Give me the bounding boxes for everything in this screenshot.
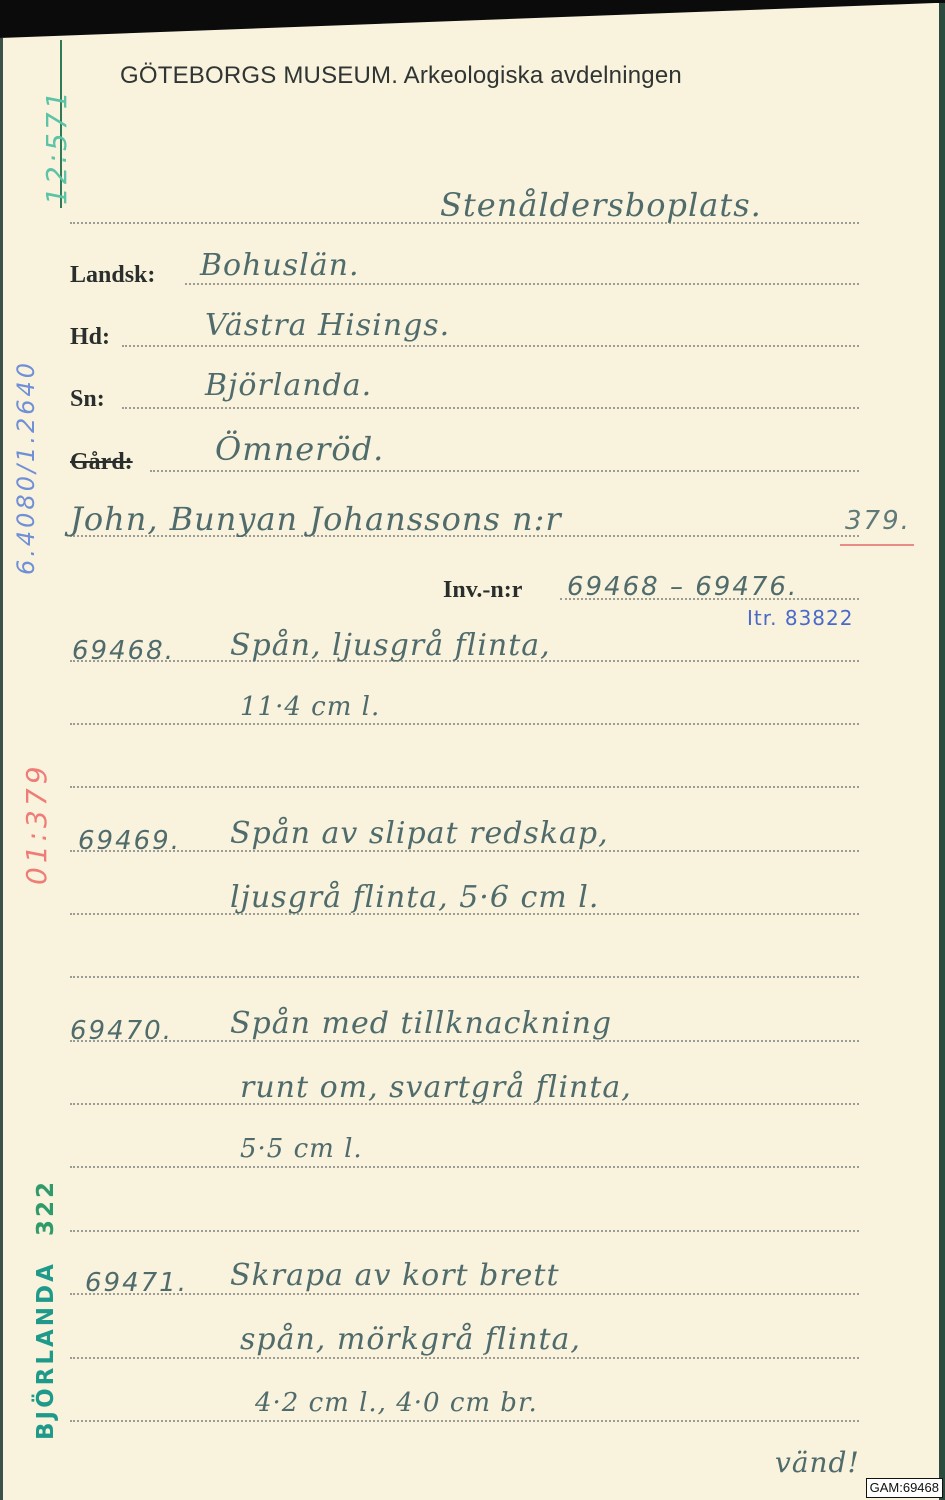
entry-rule	[70, 976, 859, 978]
entry-number: 69470.	[70, 1016, 173, 1046]
stamp-place: BJÖRLANDA	[33, 1261, 59, 1440]
entry-rule	[70, 1420, 859, 1422]
entry-number: 69468.	[72, 636, 175, 666]
entry-rule	[70, 1357, 859, 1359]
entry-rule	[70, 1293, 859, 1295]
hd-value: Västra Hisings.	[205, 308, 450, 343]
landsk-value: Bohuslän.	[200, 248, 359, 283]
red-underline-mark	[840, 544, 914, 546]
landsk-label: Landsk:	[70, 262, 155, 289]
stamp-number: 322	[33, 1179, 59, 1236]
entry-rule	[70, 1166, 859, 1168]
gard-label: Gård:	[70, 449, 133, 476]
entry-line: ljusgrå flinta, 5·6 cm l.	[230, 880, 599, 915]
gard-rule	[150, 470, 859, 472]
entry-line: 5·5 cm l.	[240, 1134, 363, 1164]
entry-rule	[70, 786, 859, 788]
entry-number: 69469.	[78, 826, 181, 856]
entry-rule	[70, 1230, 859, 1232]
owner-line: John, Bunyan Johanssons n:r	[70, 500, 562, 538]
entry-line: 4·2 cm l., 4·0 cm br.	[255, 1388, 538, 1418]
card-header: GÖTEBORGS MUSEUM. Arkeologiska avdelning…	[120, 62, 682, 90]
entry-rule	[70, 723, 859, 725]
landsk-rule	[185, 283, 859, 285]
turn-over-note: vänd!	[775, 1446, 860, 1479]
place-stamp: BJÖRLANDA 322	[33, 1179, 59, 1440]
hd-rule	[122, 345, 859, 347]
entry-line: runt om, svartgrå flinta,	[240, 1070, 632, 1105]
sn-rule	[122, 407, 859, 409]
inventory-label: Inv.-n:r	[443, 577, 522, 604]
entry-line: Skrapa av kort brett	[230, 1258, 560, 1293]
category-value: Stenåldersboplats.	[440, 186, 762, 224]
sn-value: Björlanda.	[205, 368, 372, 403]
entry-number: 69471.	[85, 1268, 188, 1298]
blue-pencil-note: Itr. 83822	[747, 606, 853, 630]
entry-line: spån, mörkgrå flinta,	[240, 1322, 581, 1357]
blue-margin-note: 6.4080/1.2640	[12, 360, 40, 575]
owner-number: 379.	[845, 506, 911, 536]
inventory-value: 69468 – 69476.	[567, 572, 798, 602]
teal-margin-note: 12:571	[40, 88, 73, 205]
catalog-card: GÖTEBORGS MUSEUM. Arkeologiska avdelning…	[0, 0, 945, 1500]
image-id-badge: GAM:69468	[866, 1478, 943, 1498]
red-margin-note: 01:379	[20, 762, 53, 885]
gard-value: Ömneröd.	[215, 430, 384, 468]
entry-line: Spån med tillknackning	[230, 1006, 612, 1041]
entry-line: 11·4 cm l.	[240, 692, 380, 722]
entry-line: Spån, ljusgrå flinta,	[230, 628, 551, 663]
entry-line: Spån av slipat redskap,	[230, 816, 609, 851]
sn-label: Sn:	[70, 386, 105, 413]
hd-label: Hd:	[70, 324, 110, 351]
